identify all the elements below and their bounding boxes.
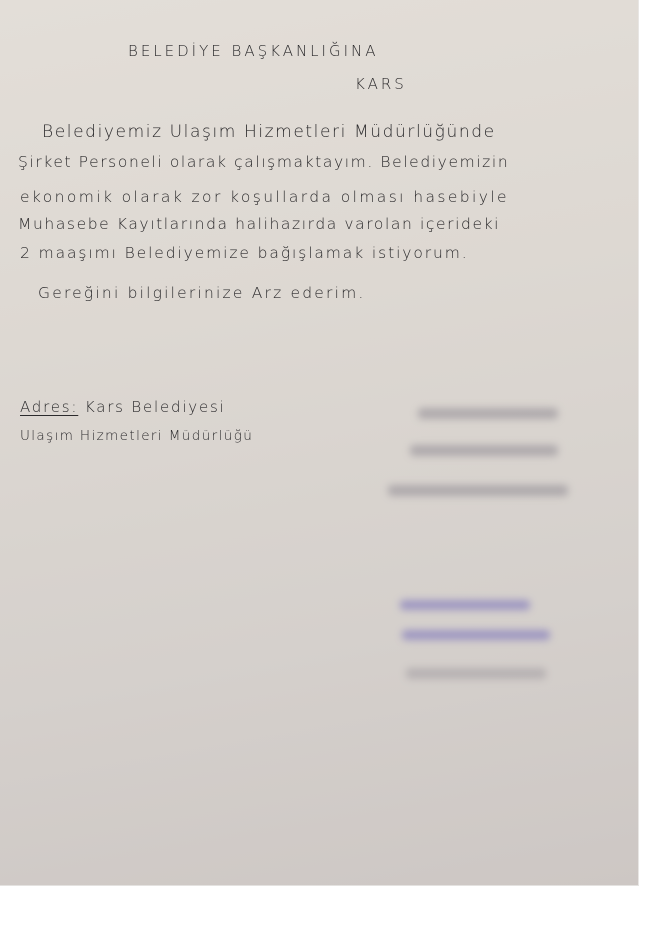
body-line-5: 2 maaşımı Belediyemize bağışlamak istiyo… <box>20 244 469 262</box>
address-line-1: Adres: Kars Belediyesi <box>20 398 226 416</box>
address-value: Kars Belediyesi <box>85 398 226 416</box>
heading-city: KARS <box>355 75 407 93</box>
heading-addressee: BELEDİYE BAŞKANLIĞINA <box>128 42 379 60</box>
body-line-4: Muhasebe Kayıtlarında halihazırda varola… <box>18 215 500 233</box>
body-line-2: Şirket Personeli olarak çalışmaktayım. B… <box>18 153 509 171</box>
closing-line: Gereğini bilgilerinize Arz ederim. <box>38 284 366 302</box>
body-line-3: ekonomik olarak zor koşullarda olması ha… <box>20 188 509 206</box>
body-line-1: Belediyemiz Ulaşım Hizmetleri Müdürlüğün… <box>42 122 496 142</box>
letter-paper: BELEDİYE BAŞKANLIĞINA KARS Belediyemiz U… <box>0 0 639 886</box>
address-label: Adres: <box>20 398 78 416</box>
address-line-2: Ulaşım Hizmetleri Müdürlüğü <box>20 428 253 444</box>
